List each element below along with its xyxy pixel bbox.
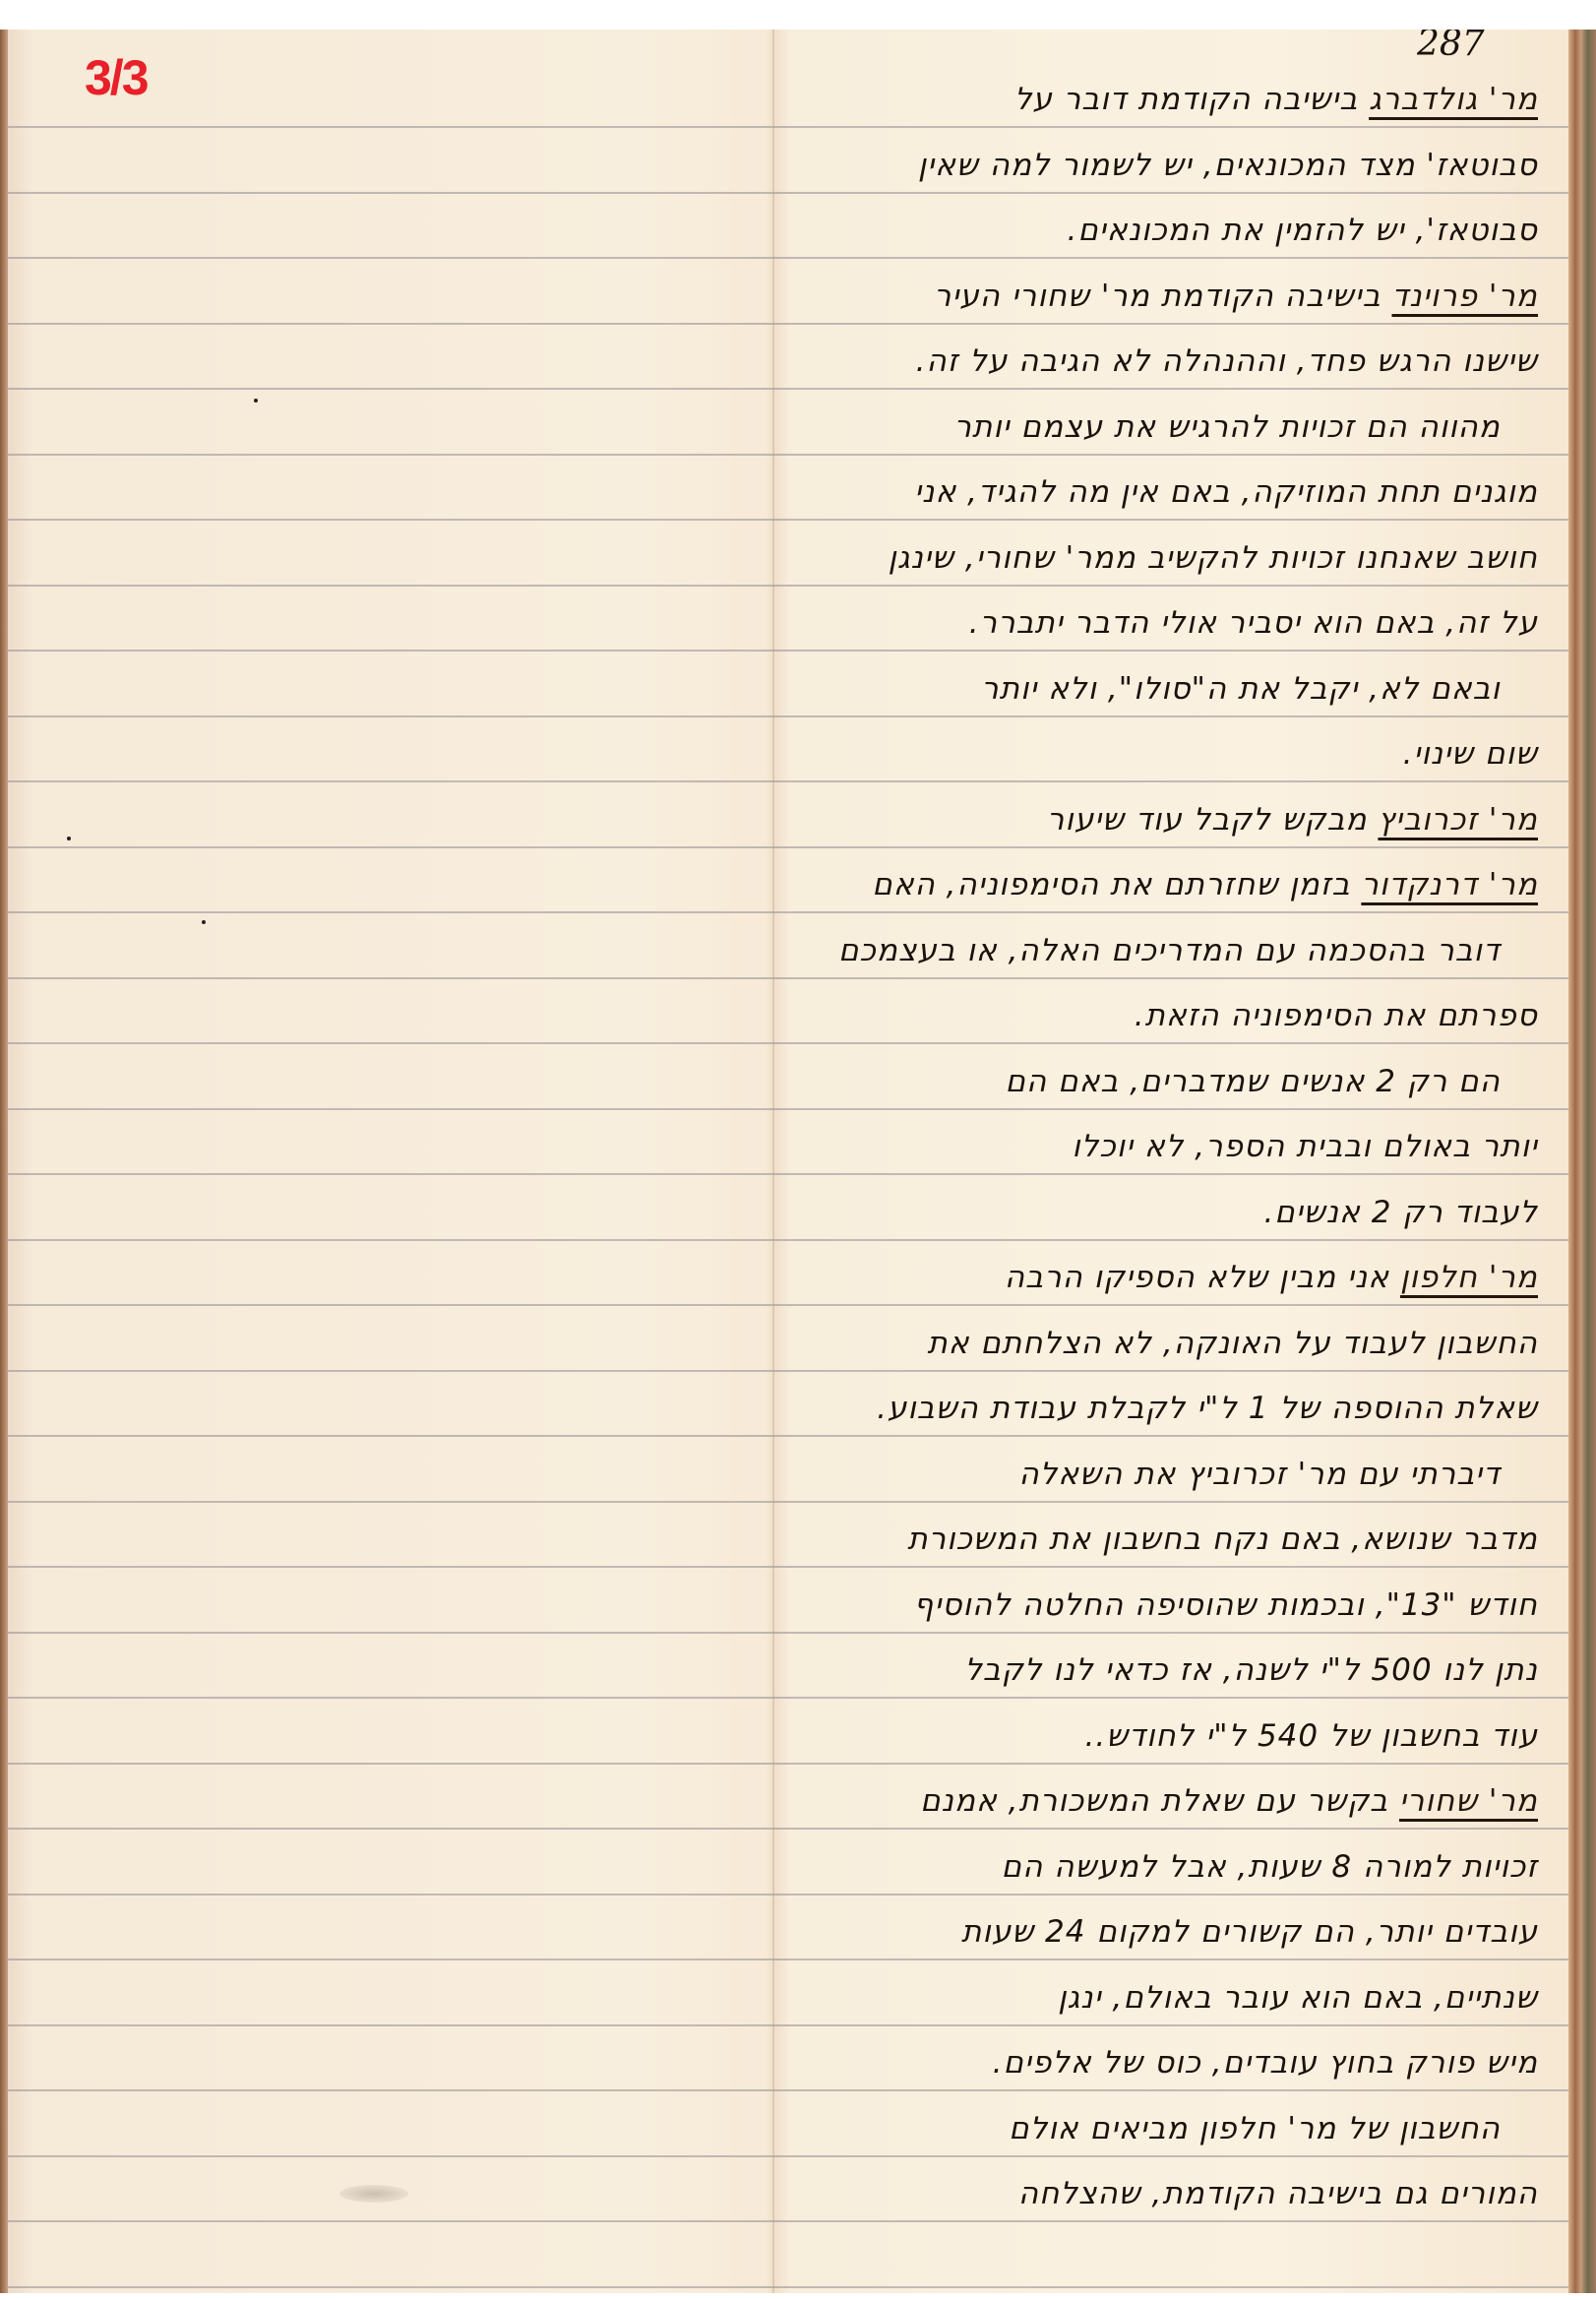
text-line: שישנו הרגש פחד, וההנהלה לא הגיבה על זה. (777, 329, 1560, 395)
line-text: שנתיים, באם הוא עובר באולם, ינגן (1058, 1980, 1538, 2016)
text-line: החשבון לעבוד על האונקה, לא הצלחתם את (777, 1311, 1560, 1377)
paper-speck (202, 920, 206, 924)
text-line: דובר בהסכמה עם המדריכים האלה, או בעצמכם (777, 918, 1560, 984)
line-text: לעבוד רק 2 אנשים. (1263, 1195, 1538, 1230)
line-text: דובר בהסכמה עם המדריכים האלה, או בעצמכם (838, 933, 1501, 968)
speaker-name: מר' גולדברג (1369, 82, 1538, 117)
line-text: מיש פורק בחוץ עובדים, כוס של אלפים. (993, 2045, 1538, 2081)
line-text: שום שינוי. (1403, 736, 1538, 772)
line-text: חושב שאנחנו זכויות להקשיב ממר' שחורי, שי… (888, 540, 1538, 576)
left-page-edge (0, 30, 8, 2293)
speaker-name: מר' פרוינד (1391, 279, 1538, 314)
line-text: שאלת ההוספה של 1 ל"י לקבלת עבודת השבוע. (877, 1391, 1538, 1426)
text-line: ובאם לא, יקבל את ה"סולו", ולא יותר (777, 656, 1560, 722)
text-line: דיברתי עם מר' זכרוביץ את השאלה (777, 1442, 1560, 1508)
line-text: בישיבה הקודמת מר' שחורי העיר (934, 279, 1381, 314)
line-text: עוד בחשבון של 540 ל"י לחודש.. (1085, 1718, 1538, 1754)
speaker-line: מר' גולדברג בישיבה הקודמת דובר על (777, 67, 1560, 133)
speaker-line: מר' שחורי בקשר עם שאלת המשכורת, אמנם (777, 1769, 1560, 1834)
speaker-line: מר' זכרוביץ מבקש לקבל עוד שיעור (777, 787, 1560, 853)
line-text: יותר באולם ובבית הספר, לא יוכלו (1072, 1129, 1538, 1164)
line-text: סבוטאז', יש להזמין את המכונאים. (1067, 213, 1538, 248)
speaker-line: מר' חלפון אני מבין שלא הספיקו הרבה (777, 1245, 1560, 1311)
line-text: ספרתם את הסימפוניה הזאת. (1135, 998, 1538, 1033)
line-text: מוגנים תחת המוזיקה, באם אין מה להגיד, אנ… (914, 474, 1538, 510)
text-line: הם רק 2 אנשים שמדברים, באם הם (777, 1049, 1560, 1115)
line-text: הם רק 2 אנשים שמדברים, באם הם (1005, 1064, 1501, 1099)
speaker-line: מר' פרוינד בישיבה הקודמת מר' שחורי העיר (777, 264, 1560, 330)
text-line: יותר באולם ובבית הספר, לא יוכלו (777, 1114, 1560, 1180)
line-text: מדבר שנושא, באם נקח בחשבון את המשכורת (907, 1522, 1538, 1557)
line-text: אני מבין שלא הספיקו הרבה (1005, 1260, 1389, 1295)
line-text: בישיבה הקודמת דובר על (1014, 82, 1358, 117)
speaker-name: מר' חלפון (1400, 1260, 1538, 1295)
line-text: ובאם לא, יקבל את ה"סולו", ולא יותר (981, 671, 1501, 707)
line-text: שישנו הרגש פחד, וההנהלה לא הגיבה על זה. (916, 343, 1538, 379)
text-line: חושב שאנחנו זכויות להקשיב ממר' שחורי, שי… (777, 526, 1560, 591)
page-fold (772, 30, 774, 2293)
line-text: מבקש לקבל עוד שיעור (1047, 802, 1368, 838)
binding-edge (1568, 30, 1596, 2293)
speaker-name: מר' דרנקדור (1361, 867, 1538, 902)
line-text: המורים גם בישיבה הקודמת, שהצלחה (1018, 2176, 1538, 2211)
line-text: החשבון של מר' חלפון מביאים אולם (1009, 2111, 1501, 2146)
page-number: 287 (1417, 30, 1485, 64)
line-text: החשבון לעבוד על האונקה, לא הצלחתם את (927, 1326, 1538, 1361)
text-line: מדבר שנושא, באם נקח בחשבון את המשכורת (777, 1507, 1560, 1573)
text-line: חודש "13", ובכמות שהוסיפה החלטה להוסיף (777, 1573, 1560, 1639)
line-text: עובדים יותר, הם קשורים למקום 24 שעות (961, 1914, 1538, 1950)
text-line: החשבון של מר' חלפון מביאים אולם (777, 2096, 1560, 2162)
text-line: על זה, באם הוא יסביר אולי הדבר יתברר. (777, 591, 1560, 656)
line-text: בזמן שחזרתם את הסימפוניה, האם (872, 867, 1350, 902)
text-line: לעבוד רק 2 אנשים. (777, 1180, 1560, 1246)
line-text: נתן לנו 500 ל"י לשנה, אז כדאי לנו לקבל (964, 1652, 1538, 1688)
notebook-spread: 3/3 287 מר' גולדברג בישיבה הקודמת דובר ע… (0, 30, 1596, 2293)
text-line: סבוטאז', יש להזמין את המכונאים. (777, 198, 1560, 264)
handwritten-minutes: מר' גולדברג בישיבה הקודמת דובר עלסבוטאז'… (777, 67, 1560, 2227)
speaker-name: מר' זכרוביץ (1378, 802, 1538, 838)
line-text: דיברתי עם מר' זכרוביץ את השאלה (1019, 1457, 1501, 1492)
line-text: זכויות למורה 8 שעות, אבל למעשה הם (1002, 1849, 1538, 1885)
speaker-name: מר' שחורי (1399, 1783, 1538, 1819)
text-line: עובדים יותר, הם קשורים למקום 24 שעות (777, 1899, 1560, 1965)
line-text: על זה, באם הוא יסביר אולי הדבר יתברר. (969, 605, 1538, 641)
line-text: בקשר עם שאלת המשכורת, אמנם (920, 1783, 1388, 1819)
line-text: חודש "13", ובכמות שהוסיפה החלטה להוסיף (914, 1587, 1538, 1623)
paper-speck (67, 837, 71, 840)
text-line: עוד בחשבון של 540 ל"י לחודש.. (777, 1704, 1560, 1770)
page-label: 3/3 (85, 49, 148, 106)
line-text: מהווה הם זכויות להרגיש את עצמם יותר (953, 409, 1501, 445)
line-text: סבוטאז' מצד המכונאים, יש לשמור למה שאין (918, 148, 1538, 183)
paper-speck (254, 399, 258, 403)
text-line: נתן לנו 500 ל"י לשנה, אז כדאי לנו לקבל (777, 1638, 1560, 1704)
text-line: זכויות למורה 8 שעות, אבל למעשה הם (777, 1834, 1560, 1900)
text-line: שום שינוי. (777, 721, 1560, 787)
text-line: שאלת ההוספה של 1 ל"י לקבלת עבודת השבוע. (777, 1376, 1560, 1442)
ink-smudge (339, 2185, 408, 2203)
text-line: המורים גם בישיבה הקודמת, שהצלחה (777, 2161, 1560, 2227)
speaker-line: מר' דרנקדור בזמן שחזרתם את הסימפוניה, הא… (777, 852, 1560, 918)
text-line: סבוטאז' מצד המכונאים, יש לשמור למה שאין (777, 133, 1560, 199)
text-line: ספרתם את הסימפוניה הזאת. (777, 983, 1560, 1049)
text-line: מהווה הם זכויות להרגיש את עצמם יותר (777, 395, 1560, 461)
text-line: מיש פורק בחוץ עובדים, כוס של אלפים. (777, 2030, 1560, 2096)
text-line: שנתיים, באם הוא עובר באולם, ינגן (777, 1965, 1560, 2031)
ruled-line (8, 2286, 1568, 2288)
text-line: מוגנים תחת המוזיקה, באם אין מה להגיד, אנ… (777, 460, 1560, 526)
